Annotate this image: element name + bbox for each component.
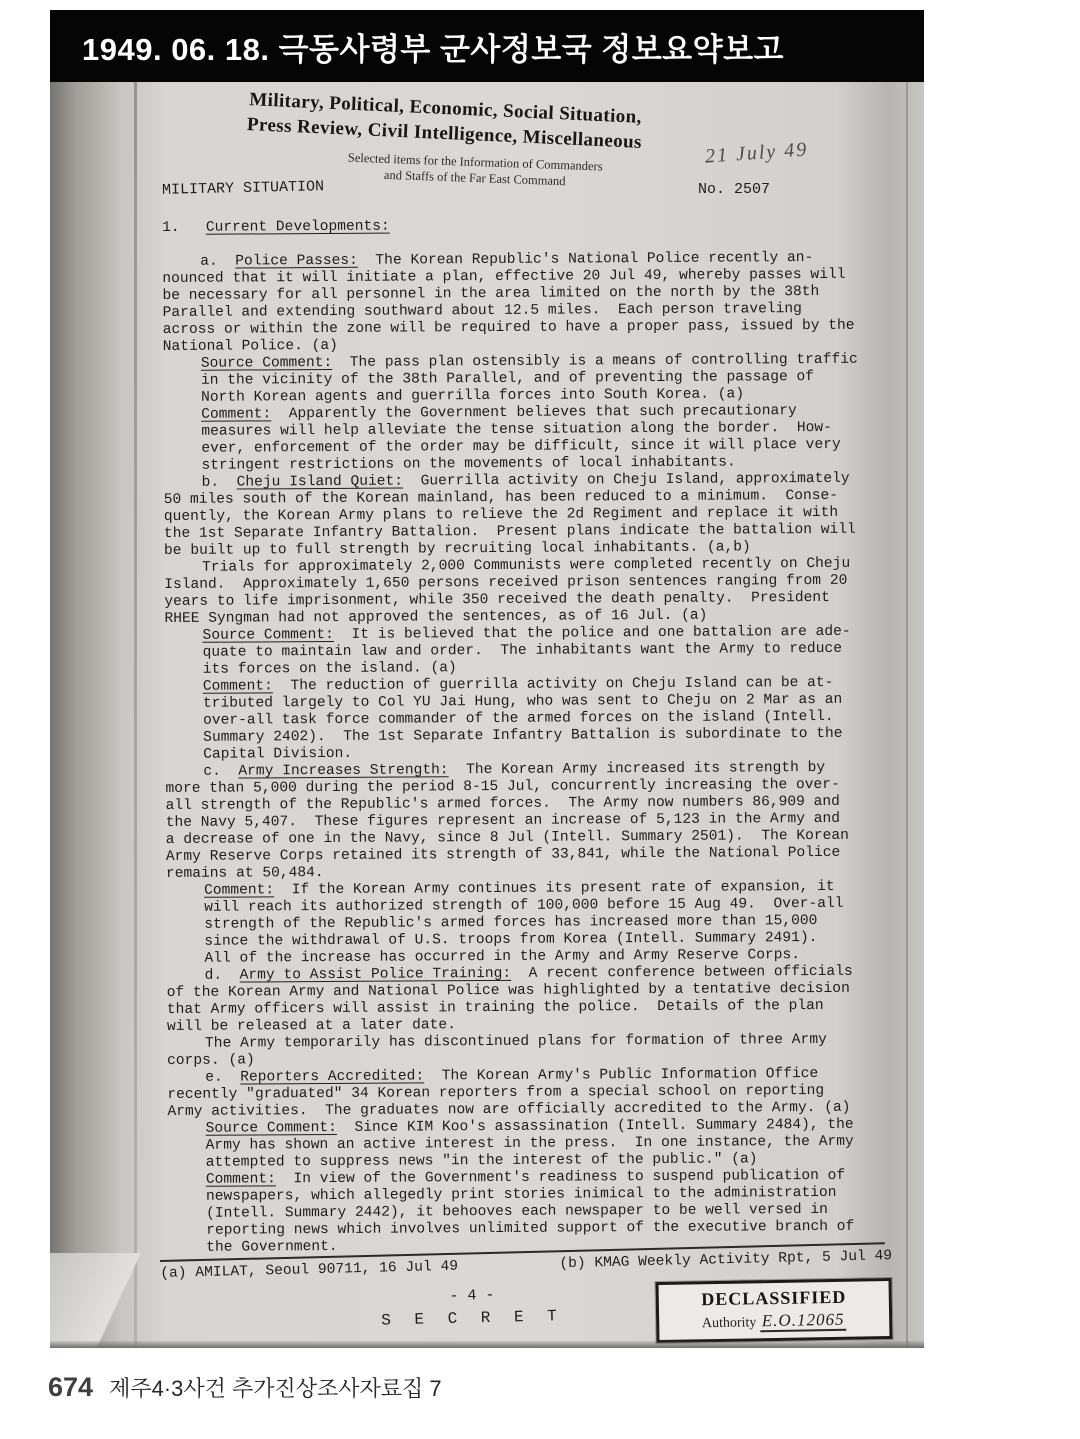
- screenshot-root: 1949. 06. 18. 극동사령부 군사정보국 정보요약보고 Militar…: [0, 0, 1080, 1439]
- document-masthead: Military, Political, Economic, Social Si…: [229, 86, 661, 155]
- handwritten-date: 21 July 49: [704, 138, 809, 168]
- document-subtitle: Selected items for the Information of Co…: [305, 148, 646, 192]
- scanned-document: 1949. 06. 18. 극동사령부 군사정보국 정보요약보고 Militar…: [50, 10, 924, 1348]
- footnote-a: (a) AMILAT, Seoul 90711, 16 Jul 49: [160, 1259, 458, 1282]
- stamp-authority-value: E.O.12065: [760, 1310, 847, 1333]
- page-bottom-shadow: [50, 1341, 924, 1348]
- stamp-authority-label: Authority: [702, 1315, 757, 1331]
- header-bar-title: 1949. 06. 18. 극동사령부 군사정보국 정보요약보고: [50, 24, 784, 69]
- footnote-b: (b) KMAG Weekly Activity Rpt, 5 Jul 49: [559, 1248, 892, 1272]
- book-page-number: 674: [48, 1372, 93, 1403]
- declassified-stamp: DECLASSIFIED Authority E.O.12065: [655, 1278, 892, 1343]
- book-caption: 674 제주4·3사건 추가진상조사자료집 7: [48, 1372, 442, 1403]
- stamp-authority: Authority E.O.12065: [667, 1309, 881, 1333]
- document-page: Military, Political, Economic, Social Si…: [50, 82, 924, 1348]
- page-binding-crease: [134, 82, 137, 1348]
- section-label: MILITARY SITUATION: [162, 178, 324, 199]
- book-title: 제주4·3사건 추가진상조사자료집 7: [109, 1372, 442, 1403]
- document-body: 1. Current Developments: a. Police Passe…: [162, 215, 934, 1257]
- header-bar: 1949. 06. 18. 극동사령부 군사정보국 정보요약보고: [50, 10, 924, 82]
- stamp-title: DECLASSIFIED: [667, 1286, 881, 1311]
- document-number: No. 2507: [698, 181, 770, 198]
